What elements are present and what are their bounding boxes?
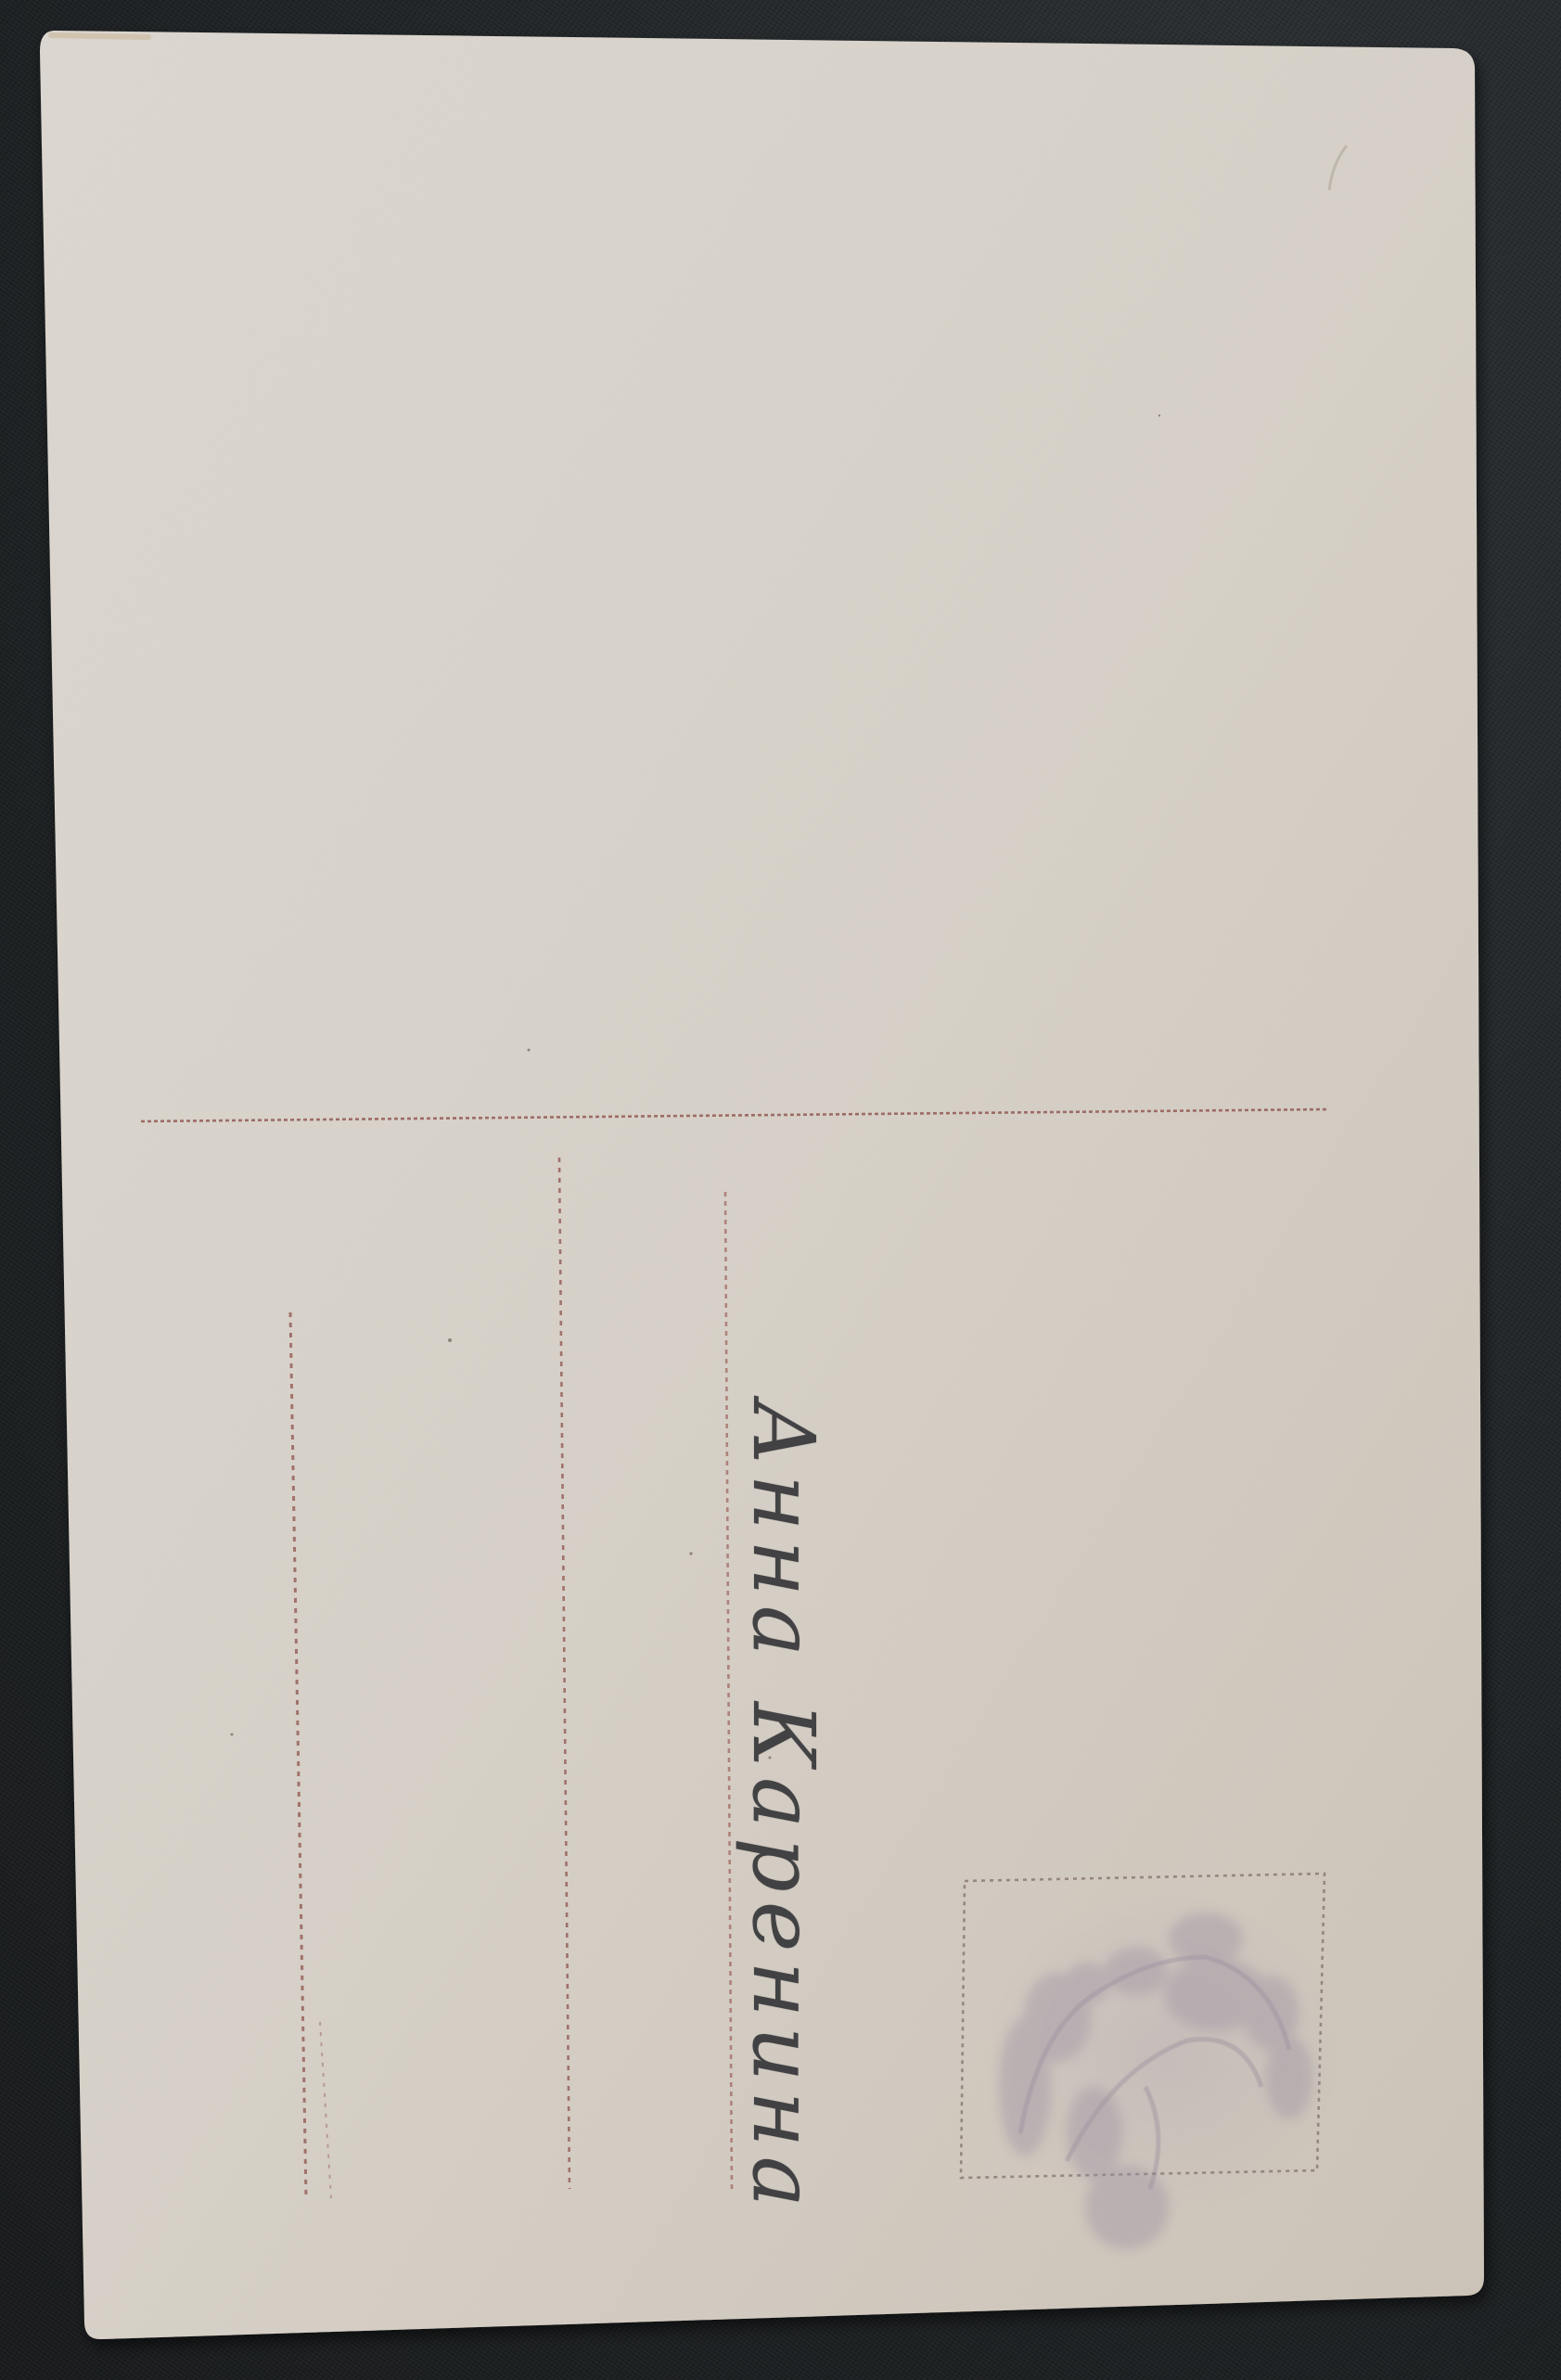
handwritten-inscription: Анна Каренина bbox=[740, 1401, 825, 2217]
postcard-photo: Анна Каренина bbox=[0, 0, 1561, 2380]
worn-edge bbox=[51, 35, 148, 37]
